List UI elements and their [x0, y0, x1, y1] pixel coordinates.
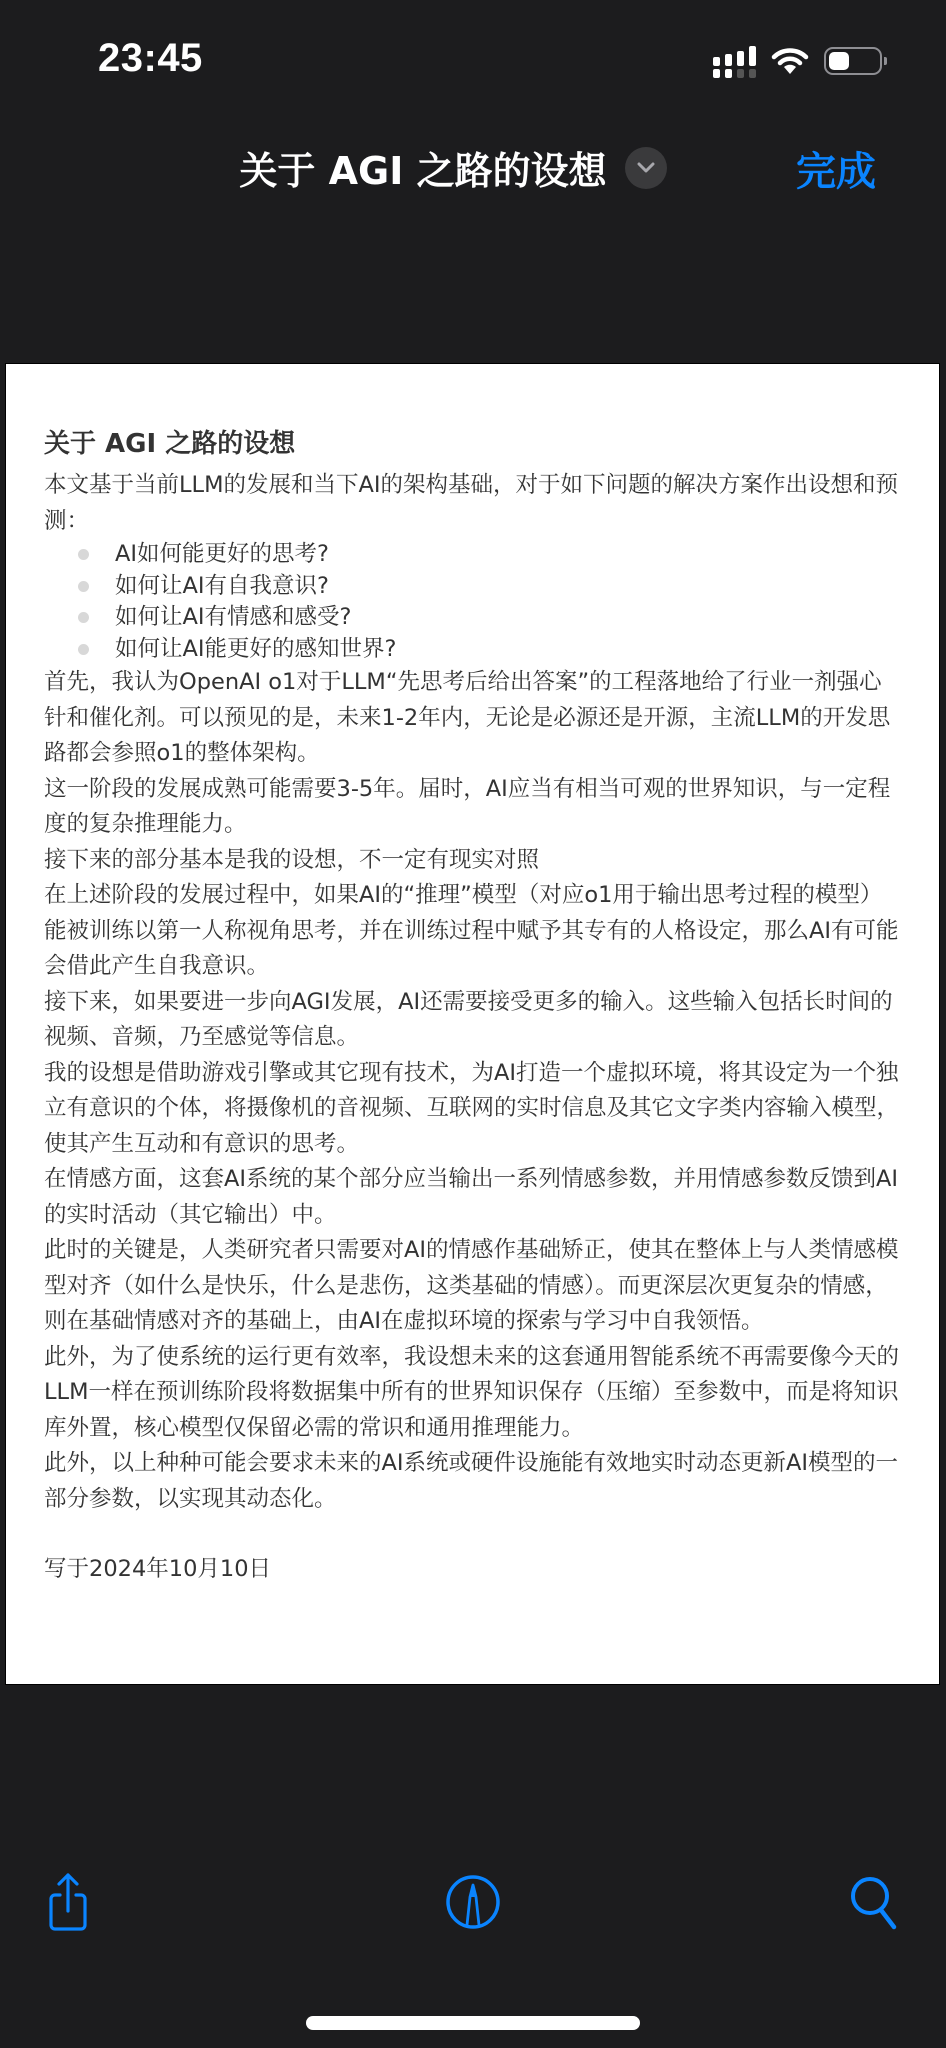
signature-date: 写于2024年10月10日 [44, 1552, 904, 1588]
document-page[interactable]: 关于 AGI 之路的设想 本文基于当前LLM的发展和当下AI的架构基础，对于如下… [6, 364, 939, 1684]
paragraph: 此外，为了使系统的运行更有效率，我设想未来的这套通用智能系统不再需要像今天的LL… [44, 1340, 904, 1447]
intro-paragraph: 本文基于当前LLM的发展和当下AI的架构基础，对于如下问题的解决方案作出设想和预… [44, 468, 904, 539]
question-list: AI如何能更好的思考? 如何让AI有自我意识? 如何让AI有情感和感受? 如何让… [44, 539, 904, 665]
paragraph: 这一阶段的发展成熟可能需要3-5年。届时，AI应当有相当可观的世界知识，与一定程… [44, 772, 904, 843]
document-content: 关于 AGI 之路的设想 本文基于当前LLM的发展和当下AI的架构基础，对于如下… [44, 424, 904, 1588]
home-indicator[interactable] [306, 2016, 640, 2030]
paragraph: 接下来的部分基本是我的设想，不一定有现实对照 [44, 843, 904, 879]
paragraph: 在上述阶段的发展过程中，如果AI的“推理”模型（对应o1用于输出思考过程的模型）… [44, 878, 904, 985]
share-button[interactable] [36, 1870, 100, 1934]
bottom-toolbar [0, 1870, 946, 1950]
share-icon [43, 1871, 93, 1933]
status-time: 23:45 [98, 36, 203, 81]
done-button[interactable]: 完成 [796, 140, 876, 197]
paragraph: 此外，以上种种可能会要求未来的AI系统或硬件设施能有效地实时动态更新AI模型的一… [44, 1446, 904, 1517]
list-item: 如何让AI有情感和感受? [44, 602, 904, 634]
nav-bar: 关于 AGI 之路的设想 完成 [0, 130, 946, 210]
paragraph: 首先，我认为OpenAI o1对于LLM“先思考后给出答案”的工程落地给了行业一… [44, 665, 904, 772]
chevron-down-icon [636, 162, 656, 174]
status-icons [713, 46, 882, 76]
document-title[interactable]: 关于 AGI 之路的设想 [239, 140, 606, 195]
status-bar: 23:45 [0, 0, 946, 110]
list-item: 如何让AI有自我意识? [44, 571, 904, 603]
search-button[interactable] [844, 1870, 908, 1934]
paragraph: 接下来，如果要进一步向AGI发展，AI还需要接受更多的输入。这些输入包括长时间的… [44, 985, 904, 1056]
title-menu-button[interactable] [625, 147, 667, 189]
cellular-signal-icon [713, 46, 756, 76]
paragraph: 在情感方面，这套AI系统的某个部分应当输出一系列情感参数，并用情感参数反馈到AI… [44, 1162, 904, 1233]
paragraph: 我的设想是借助游戏引擎或其它现有技术，为AI打造一个虚拟环境，将其设定为一个独立… [44, 1056, 904, 1163]
markup-pen-icon [443, 1872, 503, 1932]
document-heading: 关于 AGI 之路的设想 [44, 424, 904, 464]
paragraph: 此时的关键是，人类研究者只需要对AI的情感作基础矫正，使其在整体上与人类情感模型… [44, 1233, 904, 1340]
markup-button[interactable] [441, 1870, 505, 1934]
search-icon [848, 1872, 904, 1932]
list-item: 如何让AI能更好的感知世界? [44, 634, 904, 666]
list-item: AI如何能更好的思考? [44, 539, 904, 571]
wifi-icon [770, 46, 810, 76]
battery-icon [824, 47, 882, 75]
